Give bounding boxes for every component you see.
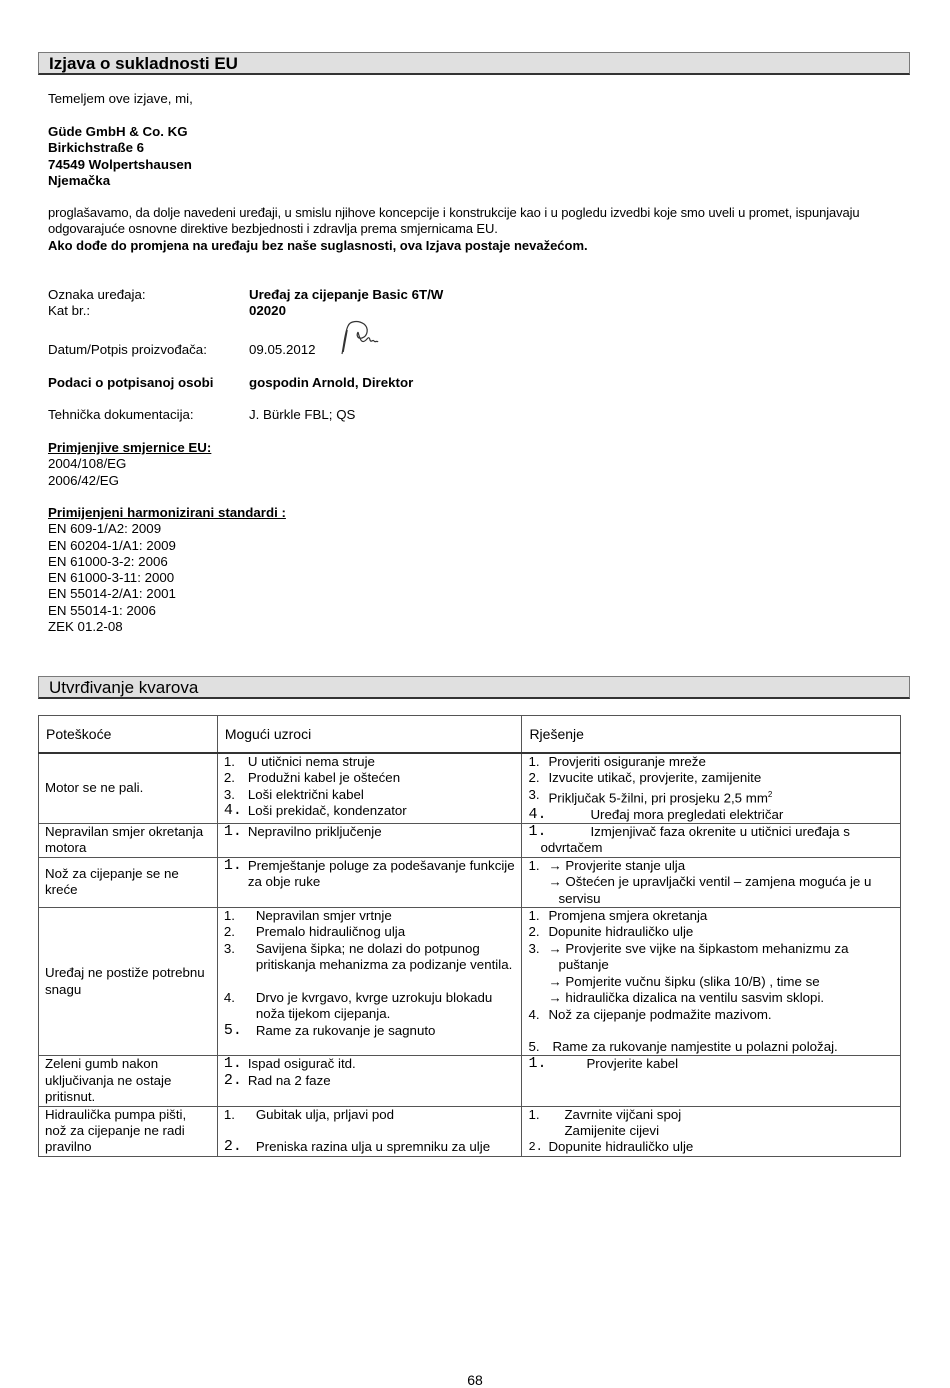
header-solutions: Rješenje	[522, 716, 901, 754]
company-address: Güde GmbH & Co. KG Birkichstraße 6 74549…	[48, 124, 192, 189]
causes-cell: 1.Nepravilno priključenje	[217, 824, 522, 858]
solutions-cell: 1.→ Provjerite stanje ulja → Oštećen je …	[522, 857, 901, 907]
statement-text: proglašavamo, da dolje navedeni uređaji,…	[48, 205, 910, 238]
warning-text: Ako dođe do promjena na uređaju bez naše…	[48, 238, 588, 254]
company-country: Njemačka	[48, 173, 192, 189]
cat-label: Kat br.:	[48, 303, 248, 318]
header-problems: Poteškoće	[39, 716, 218, 754]
date-label: Datum/Potpis proizvođača:	[48, 342, 248, 357]
directives-title: Primjenjive smjernice EU:	[48, 440, 211, 456]
company-street: Birkichstraße 6	[48, 140, 192, 156]
standard-item: EN 60204-1/A1: 2009	[48, 538, 286, 554]
signer-label: Podaci o potpisanoj osobi	[48, 375, 248, 390]
table-row: Uređaj ne postiže potrebnu snagu 1.Nepra…	[39, 908, 901, 1056]
table-row: Nepravilan smjer okretanja motora 1.Nepr…	[39, 824, 901, 858]
cat-value: 02020	[249, 303, 286, 318]
directive-item: 2004/108/EG	[48, 456, 211, 472]
table-row: Zeleni gumb nakon uključivanja ne ostaje…	[39, 1056, 901, 1106]
table-row: Hidraulička pumpa pišti, nož za cijepanj…	[39, 1106, 901, 1156]
standard-item: ZEK 01.2-08	[48, 619, 286, 635]
causes-cell: 1.U utičnici nema struje 2.Produžni kabe…	[217, 753, 522, 824]
standard-item: EN 55014-1: 2006	[48, 603, 286, 619]
problem-cell: Hidraulička pumpa pišti, nož za cijepanj…	[39, 1106, 218, 1156]
problem-cell: Motor se ne pali.	[39, 753, 218, 824]
declaration-title: Izjava o sukladnosti EU	[49, 54, 238, 74]
signature-icon	[338, 318, 386, 358]
standard-item: EN 61000-3-2: 2006	[48, 554, 286, 570]
problem-cell: Zeleni gumb nakon uključivanja ne ostaje…	[39, 1056, 218, 1106]
causes-cell: 1.Gubitak ulja, prljavi pod 2.Preniska r…	[217, 1106, 522, 1156]
table-header-row: Poteškoće Mogući uzroci Rješenje	[39, 716, 901, 754]
table-row: Motor se ne pali. 1.U utičnici nema stru…	[39, 753, 901, 824]
causes-cell: 1.Nepravilan smjer vrtnje 2.Premalo hidr…	[217, 908, 522, 1056]
solutions-cell: 1.Provjeriti osiguranje mreže 2.Izvucite…	[522, 753, 901, 824]
docs-label: Tehnička dokumentacija:	[48, 407, 248, 422]
solutions-cell: 1.Izmjenjivač faza okrenite u utičnici u…	[522, 824, 901, 858]
problem-cell: Uređaj ne postiže potrebnu snagu	[39, 908, 218, 1056]
problem-cell: Nož za cijepanje se ne kreće	[39, 857, 218, 907]
date-value: 09.05.2012	[249, 342, 316, 357]
company-name: Güde GmbH & Co. KG	[48, 124, 192, 140]
solutions-cell: 1.Promjena smjera okretanja 2.Dopunite h…	[522, 908, 901, 1056]
troubleshooting-title: Utvrđivanje kvarova	[49, 678, 198, 698]
standard-item: EN 61000-3-11: 2000	[48, 570, 286, 586]
causes-cell: 1.Premještanje poluge za podešavanje fun…	[217, 857, 522, 907]
troubleshooting-header: Utvrđivanje kvarova	[38, 676, 910, 699]
device-label: Oznaka uređaja:	[48, 287, 248, 302]
intro-text: Temeljem ove izjave, mi,	[48, 91, 193, 107]
device-value: Uređaj za cijepanje Basic 6T/W	[249, 287, 443, 302]
causes-cell: 1.Ispad osigurač itd. 2.Rad na 2 faze	[217, 1056, 522, 1106]
company-city: 74549 Wolpertshausen	[48, 157, 192, 173]
solutions-cell: 1.Provjerite kabel	[522, 1056, 901, 1106]
page-number: 68	[0, 1372, 950, 1388]
standard-item: EN 55014-2/A1: 2001	[48, 586, 286, 602]
declaration-header: Izjava o sukladnosti EU	[38, 52, 910, 75]
problem-cell: Nepravilan smjer okretanja motora	[39, 824, 218, 858]
standard-item: EN 609-1/A2: 2009	[48, 521, 286, 537]
directive-item: 2006/42/EG	[48, 473, 211, 489]
troubleshooting-table: Poteškoće Mogući uzroci Rješenje Motor s…	[38, 715, 901, 1157]
signer-value: gospodin Arnold, Direktor	[249, 375, 413, 390]
directives-block: Primjenjive smjernice EU: 2004/108/EG 20…	[48, 440, 211, 489]
standards-block: Primijenjeni harmonizirani standardi : E…	[48, 505, 286, 635]
docs-value: J. Bürkle FBL; QS	[249, 407, 355, 422]
solutions-cell: 1.Zavrnite vijčani spoj Zamijenite cijev…	[522, 1106, 901, 1156]
table-row: Nož za cijepanje se ne kreće 1.Premješta…	[39, 857, 901, 907]
standards-title: Primijenjeni harmonizirani standardi :	[48, 505, 286, 521]
header-causes: Mogući uzroci	[217, 716, 522, 754]
